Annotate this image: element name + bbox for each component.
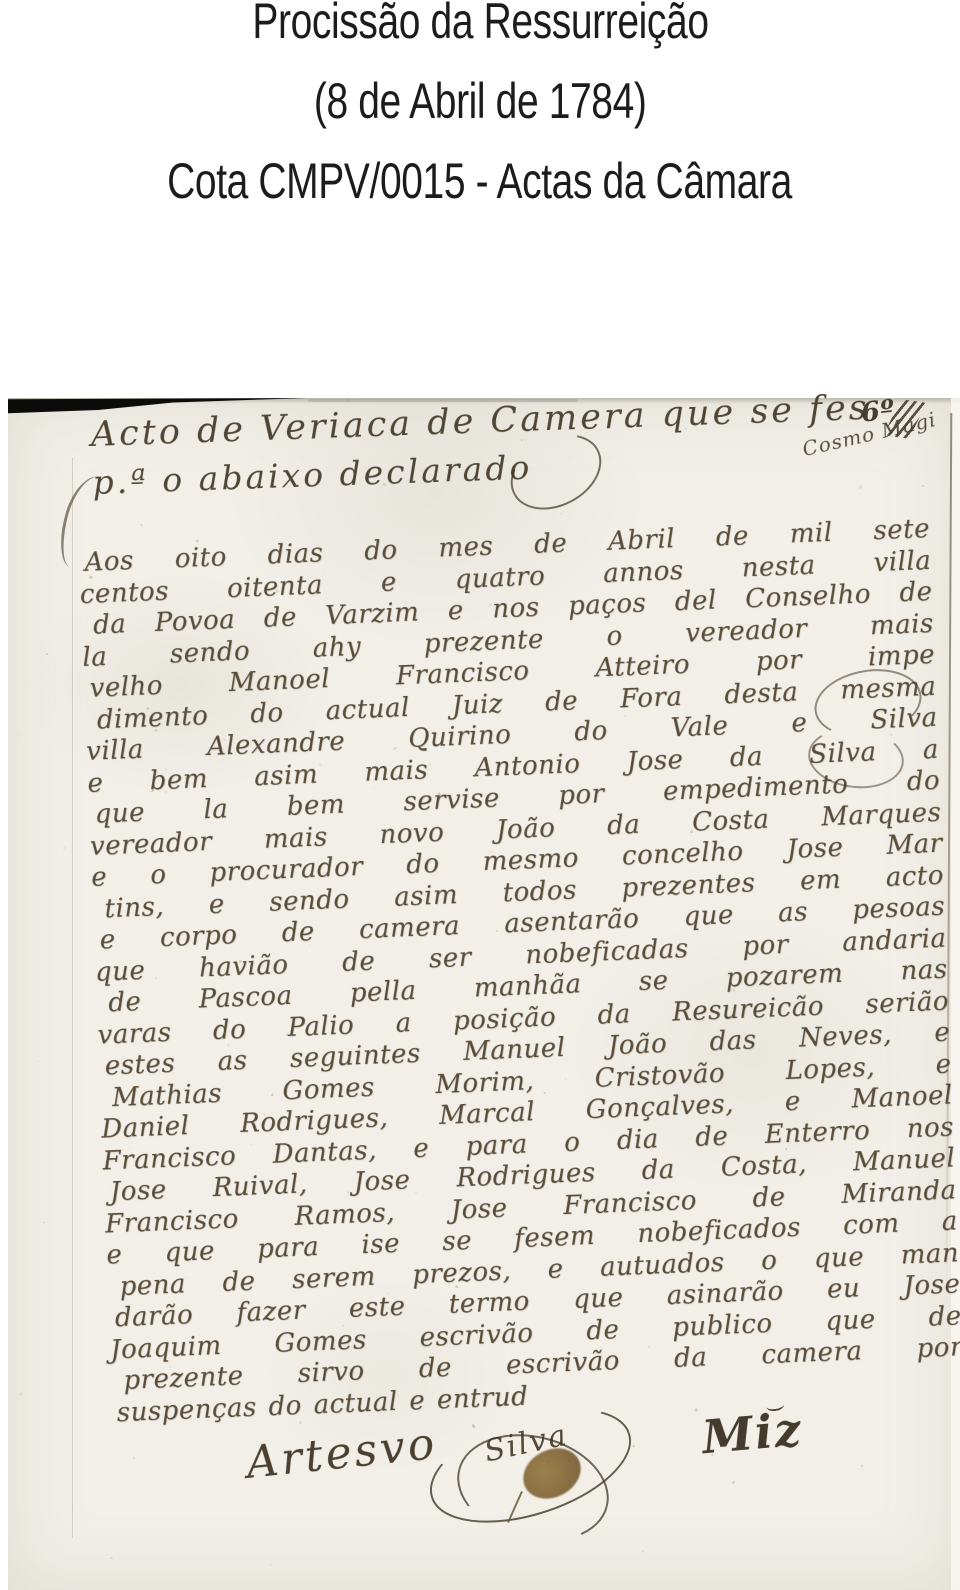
- paper-speckle: [170, 1366, 172, 1368]
- paper-speckle: [219, 978, 220, 979]
- paper-speckle: [133, 1456, 135, 1458]
- paper-speckle: [237, 796, 238, 797]
- paper-speckle: [17, 735, 19, 737]
- paper-speckle: [861, 1464, 864, 1467]
- paper-speckle: [838, 479, 839, 481]
- archive-reference-text: Cota CMPV/0015 - Actas da Câmara: [168, 151, 793, 211]
- paper-speckle: [63, 847, 66, 851]
- document-date: (8 de Abril de 1784): [0, 71, 960, 131]
- paper-speckle: [154, 976, 157, 979]
- manuscript-body: Aos oito dias do mes de Abril de mil set…: [78, 514, 960, 1429]
- paper-speckle: [641, 1551, 643, 1553]
- signature-flourish: Silva: [426, 1378, 726, 1528]
- paper-speckle: [347, 1191, 349, 1194]
- archive-reference: Cota CMPV/0015 - Actas da Câmara: [0, 151, 960, 211]
- paper-speckle: [620, 1196, 622, 1199]
- manuscript-scan: 6º Cosmo Magi Acto de Veriaca de Camera …: [8, 398, 960, 1590]
- paper-speckle: [347, 399, 350, 402]
- paper-speckle: [43, 1222, 45, 1224]
- paper-speckle: [19, 1392, 23, 1396]
- document-page: Procissão da Ressurreição (8 de Abril de…: [0, 0, 960, 1590]
- document-title: Procissão da Ressurreição: [0, 0, 960, 51]
- paper-speckle: [415, 1192, 418, 1194]
- paper-speckle: [785, 1148, 787, 1150]
- paper-speckle: [109, 1556, 112, 1559]
- paper-speckle: [761, 1265, 763, 1268]
- paper-speckle: [921, 485, 924, 488]
- document-date-text: (8 de Abril de 1784): [314, 71, 647, 131]
- paper-speckle: [544, 1092, 546, 1094]
- paper-speckle: [299, 1421, 302, 1424]
- paper-speckle: [154, 729, 157, 731]
- signature: Artesvo: [244, 1418, 440, 1489]
- paper-speckle: [690, 870, 691, 871]
- paper-crease: [72, 458, 73, 1538]
- signature: Miz: [700, 1402, 805, 1465]
- document-title-text: Procissão da Ressurreição: [252, 0, 708, 51]
- paper-speckle: [38, 1061, 39, 1062]
- paper-speckle: [126, 1069, 129, 1072]
- paper-speckle: [732, 1480, 735, 1483]
- paper-speckle: [342, 1325, 345, 1327]
- paper-speckle: [89, 575, 92, 578]
- paper-speckle: [858, 485, 863, 490]
- paper-speckle: [884, 625, 888, 628]
- paper-speckle: [560, 512, 562, 514]
- paper-speckle: [140, 524, 142, 526]
- paper-speckle: [269, 1563, 271, 1565]
- paper-speckle: [286, 1033, 289, 1035]
- paper-speckle: [155, 1100, 156, 1101]
- paper-speckle: [46, 653, 48, 655]
- scan-right-margin: [951, 398, 960, 1590]
- paper-speckle: [684, 427, 686, 430]
